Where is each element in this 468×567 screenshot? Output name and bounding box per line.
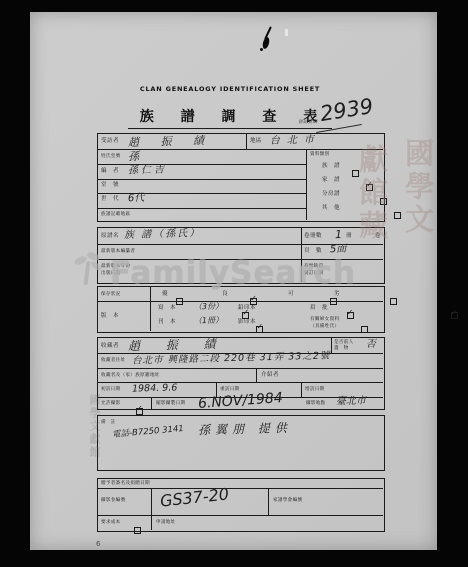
state-label: 保存狀況 [101, 292, 121, 298]
collector-label: 收藏者 [101, 343, 119, 349]
film-place-value: 臺北市 [336, 397, 366, 408]
state-checkbox [390, 298, 397, 305]
scanned-genealogy-sheet: { "colors": { "paper": "#c9c9c9", "line"… [0, 0, 468, 567]
version-label: 版 本 [101, 313, 119, 319]
version-checkbox: ✓ [256, 326, 263, 333]
divider [301, 382, 302, 397]
divider [151, 397, 152, 409]
introducer-label: 介紹者 [261, 372, 279, 378]
roll-label: 攝影卷編號 [101, 498, 125, 504]
volumes-value: 1 [335, 229, 342, 240]
area-label: 地區 [250, 138, 262, 144]
divider [98, 488, 383, 489]
area-value: 台北市 [270, 135, 321, 146]
heirloom-value: 否 [366, 340, 376, 350]
footer-box: 贈予者簽名及捐贈日期 攝影卷編號 GS37-20 家譜學會編號 要求成本 申請地… [97, 478, 385, 532]
heirloom-label-line2: 遺 物 [334, 346, 349, 352]
version-note: （3份） [194, 303, 223, 312]
version-checkbox: ✓ [451, 312, 458, 319]
divider [98, 179, 306, 180]
state-checkbox [330, 298, 337, 305]
category-option-label: 家 譜 [322, 177, 340, 183]
left-vertical-watermark: 國學文獻館 [86, 394, 102, 459]
divider [306, 149, 307, 220]
donor-header-label: 贈予者簽名及捐贈日期 [101, 481, 150, 487]
version-option: 刊 本 [158, 319, 176, 325]
surname-label: 姓氏堂號 [101, 154, 121, 160]
first-visit-label: 初訪日期 [101, 387, 121, 393]
category-title: 資料類別 [310, 152, 330, 158]
divider [98, 368, 383, 369]
checkmark: ✓ [451, 309, 458, 317]
divider [151, 488, 152, 515]
title-label: 原譜名 [101, 233, 119, 239]
cost-label: 要求成本 [101, 520, 121, 526]
origin-label: 收藏者及（家）族原籍地址 [101, 373, 160, 379]
english-title: CLAN GENEALOGY IDENTIFICATION SHEET [70, 85, 390, 93]
cost-checkbox [134, 527, 141, 534]
checkmark: ✓ [250, 295, 257, 303]
familysearch-logo-watermark [72, 253, 104, 287]
film-place-label: 攝影地點 [306, 401, 326, 407]
interviewee-value: 趙 振 績 [128, 135, 213, 148]
state-option: 劣 [334, 291, 340, 297]
version-option: 寫 本 [158, 305, 176, 311]
divider [98, 208, 306, 209]
library-stamp-watermark-col2: 獻館藏 [352, 144, 393, 243]
divider [98, 301, 383, 302]
library-stamp-watermark-col1: 國學文 [398, 138, 439, 237]
version-option: 鉛印本 [238, 305, 256, 311]
addvisit-label: 增訪日期 [305, 387, 325, 393]
pages-value: 5面 [330, 245, 347, 255]
version-checkbox [361, 326, 368, 333]
pages-label: 頁 數 [304, 248, 322, 254]
info-box: 受訪者 趙 振 績 地區 台北市 姓氏堂號 孫 編 者 孫仁吉 堂 號 世 代 … [97, 133, 385, 222]
state-option: 優 [162, 291, 168, 297]
version-option: 眉 批 [310, 305, 328, 311]
surname-value: 孫 [128, 151, 139, 162]
divider [98, 149, 383, 150]
film-allowed-checkbox: ✓ [136, 408, 143, 415]
divider [151, 515, 152, 530]
serial-label: 登記號碼 [298, 120, 318, 126]
first-visit-value: 1984. 9.6 [132, 383, 178, 394]
editor-label: 編 者 [101, 168, 119, 174]
generations-value: 6代 [128, 194, 145, 204]
bottom-left-mark: 6 [96, 540, 100, 548]
category-option-label: 族 譜 [322, 163, 340, 169]
checkmark: ✓ [256, 323, 263, 331]
remarks-provider: 孫翼朋 提供 [198, 422, 292, 436]
divider [150, 287, 151, 331]
checkmark: ✓ [347, 309, 354, 317]
divider [246, 134, 247, 149]
compiler-label: 最新版本編纂者 [101, 249, 135, 255]
condition-box: 保存狀況 優 良 ✓ 可 劣 版 本 寫 本 ✓ （3份） 刊 本 ✓ （1冊）… [97, 286, 385, 333]
checkmark: ✓ [136, 405, 143, 413]
version-note: （1冊） [194, 317, 223, 326]
state-checkbox [176, 298, 183, 305]
revisit-label: 重訪日期 [220, 387, 240, 393]
record-area-label: 族譜記載地區 [101, 212, 130, 218]
roll-value: GS37-20 [159, 486, 229, 509]
state-option: 良 [222, 291, 228, 297]
ink-dot-artifact [260, 48, 263, 51]
familysearch-watermark: FamilySearch [110, 255, 356, 291]
volumes-label: 卷冊數 [304, 233, 322, 239]
film-date-value: 6.NOV/1984 [198, 391, 284, 411]
version-checkbox: ✓ [242, 312, 249, 319]
editor-value: 孫仁吉 [128, 165, 167, 176]
version-checkbox: ✓ [347, 312, 354, 319]
state-checkbox: ✓ [250, 298, 257, 305]
remarks-label: 備 註 [101, 420, 116, 426]
category-option-label: 分房譜 [322, 191, 340, 197]
society-label: 家譜學會編號 [273, 498, 302, 504]
interviewee-label: 受訪者 [101, 138, 119, 144]
divider [98, 515, 383, 516]
generations-label: 世 代 [101, 196, 119, 202]
remarks-phone: 電話-B7250 3141 [112, 425, 184, 440]
title-value: 族 譜（孫氏） [124, 229, 201, 241]
version-option: 影印本 [238, 319, 256, 325]
heirloom-label-line1: 是否前人 [334, 340, 354, 346]
state-option: 可 [288, 291, 294, 297]
divider [268, 488, 269, 515]
divider [331, 338, 332, 353]
collector-box: 收藏者 趙 振 績 是否前人 遺 物 否 收藏者住址 台北市 興隆路二段 220… [97, 337, 385, 410]
film-date-label: 縮影攝製日期 [156, 401, 185, 407]
women-data-label2: （具備姓氏） [310, 324, 339, 330]
category-option-label: 其 他 [322, 205, 340, 211]
women-data-label: 有關婦女資料 [310, 317, 339, 323]
chinese-title: 族 譜 調 查 表 [128, 109, 333, 129]
remarks-box: 備 註 電話-B7250 3141 孫翼朋 提供 [97, 415, 385, 471]
film-allowed-label: 允許攝影 [101, 401, 121, 407]
white-speck-artifact [285, 29, 288, 36]
apply-label: 申請地址 [156, 520, 176, 526]
collector-name: 趙 振 績 [128, 338, 227, 353]
address-label: 收藏者住址 [101, 358, 125, 364]
hall-label: 堂 號 [101, 182, 119, 188]
divider [256, 368, 257, 382]
scanned-paper: CLAN GENEALOGY IDENTIFICATION SHEET 族 譜 … [30, 12, 437, 550]
